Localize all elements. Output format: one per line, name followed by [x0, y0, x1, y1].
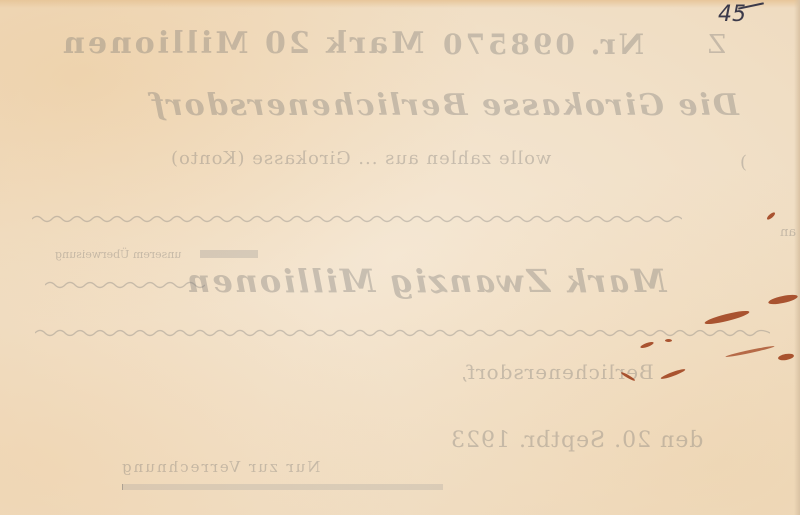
bleed-series-letter: Z — [708, 30, 726, 60]
bleed-issuer-name: Die Girokasse Berlichenersdorf — [150, 88, 739, 123]
bleed-date: den 20. Septbr. 1923 — [450, 428, 703, 453]
bleed-place: Berlichenersdorf, — [460, 360, 654, 384]
bleed-signature-line: Nur zur Verrechnung — [120, 458, 320, 476]
bleed-amount-words: Mark Zwanzig Millionen — [185, 262, 666, 300]
bleed-authorization: unserem Überweisung — [55, 248, 181, 261]
bleed-amount-header: Mark 20 Millionen — [60, 26, 424, 61]
wavy-rule-3 — [35, 328, 770, 338]
torn-top-edge — [0, 0, 800, 8]
bleed-pay-line-end: ) — [740, 152, 747, 173]
signature-bar — [122, 484, 443, 490]
right-edge — [794, 0, 800, 515]
bleed-stamp-box — [200, 250, 258, 258]
bleed-side-mark: an — [780, 225, 796, 240]
bleed-serial-number: Nr. 098570 — [440, 28, 644, 61]
wavy-rule-2 — [45, 280, 205, 290]
bleed-pay-line: wolle zahlen aus ... Girokasse (Konto) — [170, 148, 551, 169]
wavy-rule-1 — [32, 214, 682, 224]
